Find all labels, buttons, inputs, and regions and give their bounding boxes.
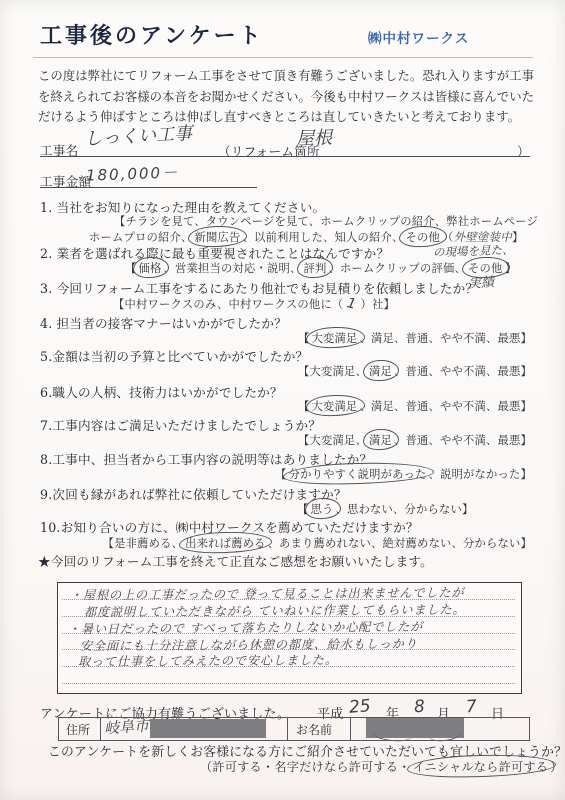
question-4: 4. 担当者の接客マナーはいかがでしたか？ bbox=[40, 313, 287, 332]
option-text: 、あまり薦めれない、絶対薦めない、分からない】 bbox=[268, 537, 532, 550]
question-2-options: 【価格、営業担当の対応・説明、評判、ホームクリップの評価、その他】 bbox=[125, 260, 516, 276]
option-text: 【 bbox=[297, 503, 309, 516]
question-9-options: 【思う、思わない、分からない】 bbox=[297, 501, 473, 517]
option-text: 、満足、普通、やや不満、最悪】 bbox=[360, 400, 532, 413]
option-text: 【 bbox=[298, 332, 310, 345]
address-redaction bbox=[150, 719, 266, 738]
circled-option-recommend-if-possible: 出来れば薦める bbox=[183, 535, 267, 551]
option-text: 【大変満足、 bbox=[298, 365, 367, 378]
name-label: お名前 bbox=[296, 721, 332, 738]
handwritten-address: 岐阜市 bbox=[103, 714, 149, 738]
circled-option-satisfied: 満足 bbox=[367, 363, 394, 379]
circled-option-reputation: 評判 bbox=[301, 260, 328, 276]
handwritten-year: 25 bbox=[348, 696, 371, 718]
header-divider bbox=[33, 57, 533, 58]
circled-option-very-satisfied: 大変満足 bbox=[310, 330, 360, 346]
question-4-options: 【大変満足、満足、普通、やや不満、最悪】 bbox=[298, 330, 532, 346]
option-text: ） bbox=[550, 760, 562, 774]
option-text: 、普通、やや不満、最悪】 bbox=[394, 434, 532, 447]
reform-area-close: ） bbox=[517, 141, 530, 160]
question-1-options-line1: 【チラシを見て、タウンページを見て、ホームクリップの紹介、弊社ホームページ bbox=[114, 213, 538, 229]
circled-option-other: その他 bbox=[403, 229, 442, 245]
reform-area-handwritten: 屋根 bbox=[296, 123, 333, 150]
handwritten-note-saw-site: の現場を見た、 bbox=[433, 242, 514, 261]
option-text: 【 bbox=[125, 262, 137, 275]
option-text: ）社】 bbox=[361, 298, 396, 311]
comment-ruled-line bbox=[62, 683, 515, 684]
circled-option-would-ask-again: 思う bbox=[309, 501, 336, 517]
work-name-handwritten: しっくい工事 bbox=[83, 119, 192, 151]
handwritten-company-count: 1 bbox=[342, 294, 362, 313]
question-10: 10.お知り合いの方に、㈱中村ワークスを薦めていただけますか？ bbox=[40, 517, 419, 536]
scanned-survey-document: 工事後のアンケート ㈱中村ワークス この度は弊社にてリフォーム工事をさせて頂き有… bbox=[0, 0, 565, 800]
company-name: ㈱中村ワークス bbox=[368, 27, 469, 47]
option-text: 、ホームクリップの評価、 bbox=[328, 262, 466, 275]
handwritten-comment-line: 取って仕事をしてみえたので安心しました。 bbox=[78, 651, 338, 670]
option-text: 【中村ワークスのみ、中村ワークスの他に（ bbox=[113, 298, 343, 311]
handwritten-month: 8 bbox=[413, 697, 425, 718]
option-text: 、営業担当の対応・説明、 bbox=[164, 262, 302, 275]
date-day-label: 日 bbox=[491, 703, 504, 722]
question-3-options: 【中村ワークスのみ、中村ワークスの他に（1）社】 bbox=[113, 296, 395, 312]
option-text: 、普通、やや不満、最悪】 bbox=[394, 365, 532, 378]
question-7: 7.工事内容はご満足いただけましたでしょうか？ bbox=[40, 415, 321, 434]
option-text: 【是非薦める、 bbox=[103, 537, 183, 550]
work-name-underline bbox=[40, 156, 530, 157]
option-text: 、思わない、分からない】 bbox=[336, 503, 474, 516]
amount-handwritten: 180,000－ bbox=[86, 161, 180, 185]
question-5-options: 【大変満足、満足、普通、やや不満、最悪】 bbox=[298, 363, 532, 379]
circled-option-price: 価格 bbox=[137, 260, 164, 276]
table-border-right bbox=[529, 717, 530, 741]
question-6-options: 【大変満足、満足、普通、やや不満、最悪】 bbox=[298, 398, 532, 414]
option-text: （ bbox=[442, 231, 454, 244]
question-5: 5.金額は当初の予算と比べていかがでしたか？ bbox=[40, 346, 308, 365]
table-divider bbox=[287, 717, 288, 741]
date-era-label: 平成 bbox=[317, 703, 343, 722]
table-border-left bbox=[58, 717, 59, 741]
option-text: 】 bbox=[504, 262, 516, 275]
intro-paragraph: この度は弊社にてリフォーム工事をさせて頂き有難うございました。恐れ入りますが工事… bbox=[38, 66, 534, 128]
circled-option-satisfied: 満足 bbox=[367, 432, 394, 448]
option-text: 、満足、普通、やや不満、最悪】 bbox=[360, 332, 532, 345]
handwritten-day: 7 bbox=[465, 697, 477, 718]
option-text: 】 bbox=[512, 231, 524, 244]
option-text: 、説明がなかった】 bbox=[429, 468, 532, 481]
feedback-prompt: ★今回のリフォーム工事を終えて正直なご感想をお願いいたします。 bbox=[38, 551, 433, 570]
question-10-options: 【是非薦める、出来れば薦める、あまり薦めれない、絶対薦めない、分からない】 bbox=[103, 535, 532, 551]
page-title: 工事後のアンケート bbox=[40, 19, 264, 50]
question-3: 3. 今回リフォーム工事をするにあたり他社でもお見積りを依頼しましたか？ bbox=[40, 278, 478, 297]
question-7-options: 【大変満足、満足、普通、やや不満、最悪】 bbox=[298, 432, 532, 448]
circled-option-very-satisfied: 大変満足 bbox=[310, 398, 360, 414]
address-label: 住所 bbox=[66, 721, 90, 738]
consent-options: （許可する・名字だけなら許可する・イニシャルなら許可する） bbox=[200, 758, 563, 775]
circled-option-clear-explanation: 分かりやすく説明があった bbox=[287, 466, 429, 482]
circled-option-initials-ok: イニシャルなら許可する bbox=[411, 758, 551, 775]
option-text: 【 bbox=[275, 468, 287, 481]
amount-underline bbox=[40, 187, 257, 188]
option-text: 【大変満足、 bbox=[298, 434, 367, 447]
question-8-options: 【分かりやすく説明があった、説明がなかった】 bbox=[275, 466, 532, 482]
table-divider bbox=[100, 717, 101, 741]
question-6: 6.職人の人柄、技術力はいかがでしたか？ bbox=[40, 382, 283, 401]
option-text: 【 bbox=[298, 400, 310, 413]
table-divider bbox=[350, 717, 351, 741]
option-text: （許可する・名字だけなら許可する・ bbox=[200, 760, 411, 774]
